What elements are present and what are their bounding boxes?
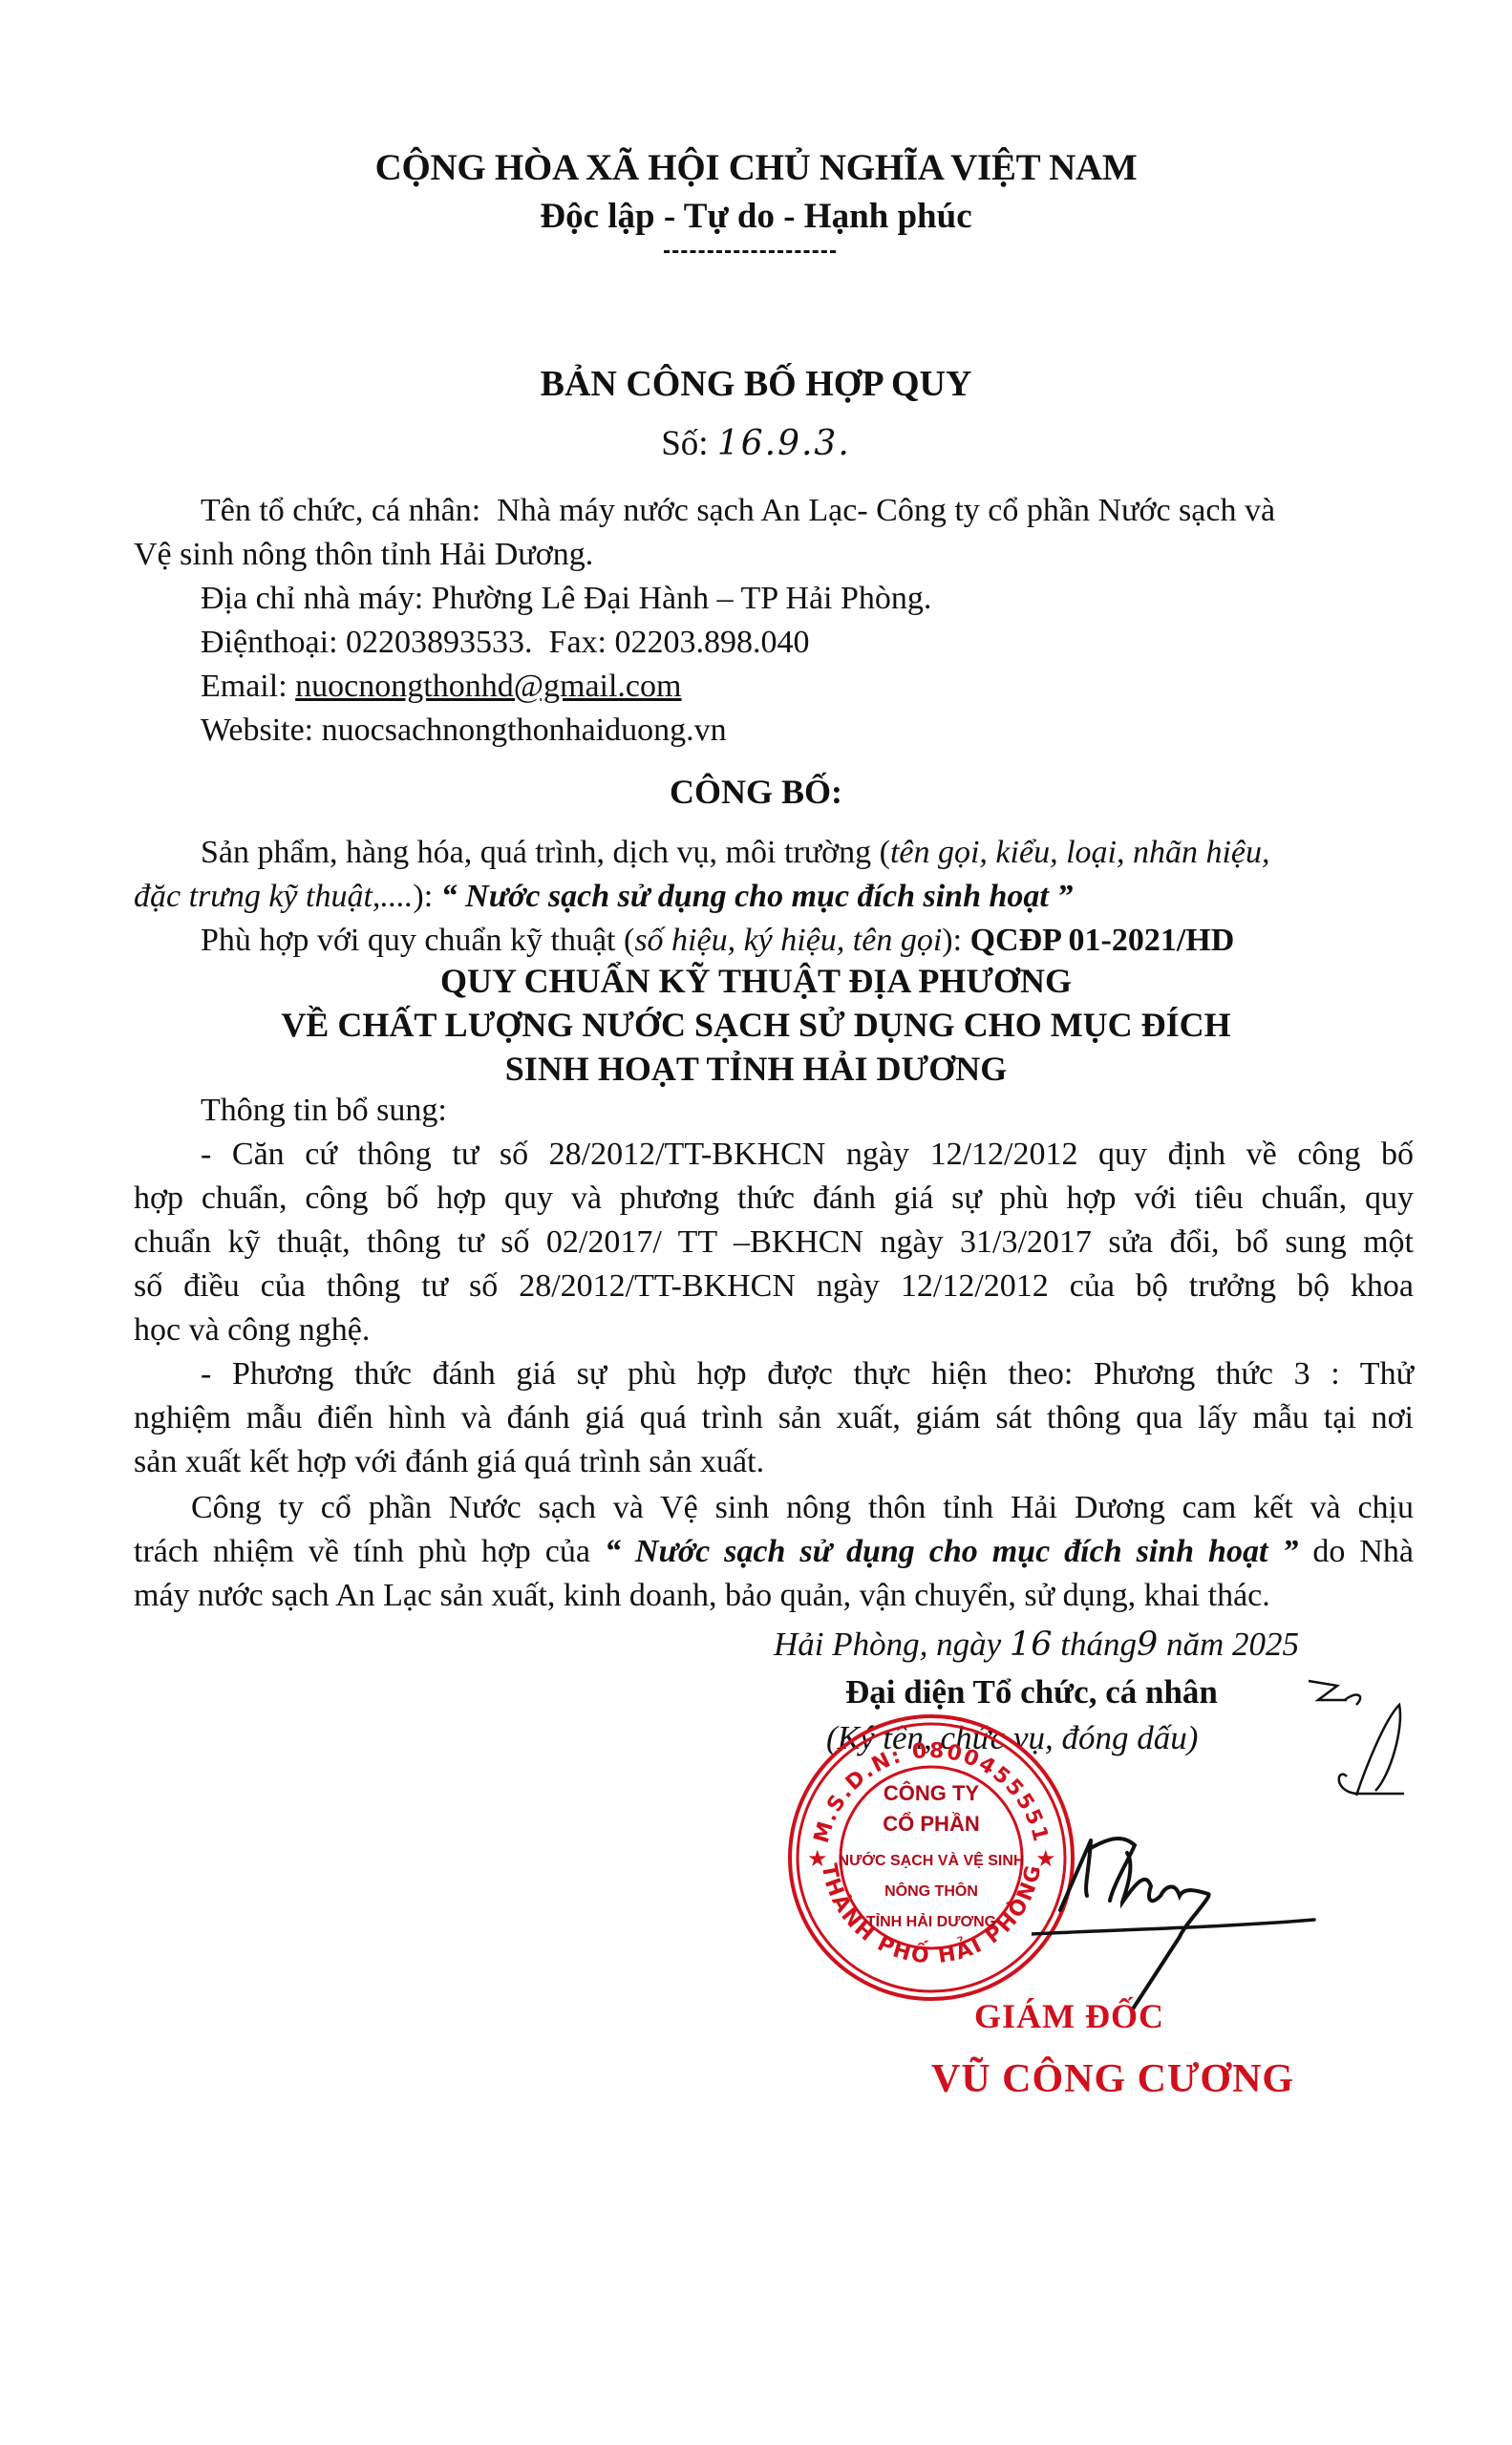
conform-close: ): [942, 923, 969, 958]
commitment-line-3: máy nước sạch An Lạc sản xuất, kinh doan… [134, 1574, 1414, 1618]
star-icon-left: ★ [807, 1847, 828, 1872]
number-label: Số: [661, 424, 708, 463]
standard-title: QUY CHUẨN KỸ THUẬT ĐỊA PHƯƠNG VỀ CHẤT LƯ… [0, 959, 1512, 1091]
month-label: tháng [1052, 1626, 1136, 1663]
supp-item2-line-1: - Phương thức đánh giá sự phù hợp được t… [181, 1352, 1414, 1396]
fax-value: 02203.898.040 [614, 625, 809, 660]
initials-mark [1299, 1671, 1414, 1805]
org-name-value: Nhà máy nước sạch An Lạc- Công ty cổ phầ… [497, 493, 1275, 528]
org-name-label: Tên tổ chức, cá nhân: [201, 493, 480, 528]
org-address: Địa chỉ nhà máy: Phường Lê Đại Hành – TP… [181, 577, 1414, 621]
commitment-line-2: trách nhiệm về tính phù hợp của “ Nước s… [134, 1530, 1414, 1574]
declaration-body: Sản phẩm, hàng hóa, quá trình, dịch vụ, … [181, 831, 1414, 963]
standard-code: QCĐP 01-2021/HD [970, 923, 1235, 958]
supp-item2-line-2: nghiệm mẫu điển hình và đánh giá quá trì… [134, 1396, 1414, 1440]
product-line-1: Sản phẩm, hàng hóa, quá trình, dịch vụ, … [181, 831, 1414, 875]
supplementary-info: Thông tin bổ sung: - Căn cứ thông tư số … [181, 1089, 1414, 1484]
address-label: Địa chỉ nhà máy: [201, 581, 423, 616]
supp-item1-line-4: số điều của thông tư số 28/2012/TT-BKHCN… [134, 1265, 1414, 1308]
svg-text:CỔ PHẦN: CỔ PHẦN [883, 1812, 979, 1836]
website-value: nuocsachnongthonhaiduong.vn [322, 712, 727, 748]
product-hint-cont: đặc trưng kỹ thuật,.... [134, 879, 413, 914]
conform-line: Phù hợp với quy chuẩn kỹ thuật (số hiệu,… [181, 919, 1414, 963]
declaration-heading: CÔNG BỐ: [0, 772, 1512, 812]
svg-text:NƯỚC SẠCH VÀ VỆ SINH: NƯỚC SẠCH VÀ VỆ SINH [839, 1851, 1025, 1869]
document-title: BẢN CÔNG BỐ HỢP QUY [0, 363, 1512, 405]
year-label: năm 2025 [1158, 1626, 1299, 1663]
product-intro: Sản phẩm, hàng hóa, quá trình, dịch vụ, … [201, 835, 890, 870]
supp-item1-line-2: hợp chuẩn, công bố hợp quy và phương thứ… [134, 1177, 1414, 1221]
commitment: Công ty cổ phần Nước sạch và Vệ sinh nôn… [181, 1486, 1414, 1618]
commitment-product: “ Nước sạch sử dụng cho mục đích sinh ho… [605, 1534, 1298, 1569]
email-label: Email: [201, 669, 287, 704]
address-value: Phường Lê Đại Hành – TP Hải Phòng. [432, 581, 932, 616]
org-phone-fax: Điệnthoại: 02203893533. Fax: 02203.898.0… [181, 621, 1414, 665]
header-divider [664, 250, 836, 253]
org-email: Email: nuocnongthonhd@gmail.com [181, 665, 1414, 709]
document-page: CỘNG HÒA XÃ HỘI CHỦ NGHĨA VIỆT NAM Độc l… [0, 0, 1512, 2445]
supp-item1-line-5: học và công nghệ. [134, 1308, 1414, 1352]
document-number: Số: 16.9.3. [0, 423, 1512, 464]
phone-value: 02203893533. [346, 625, 533, 660]
standard-title-line-2: VỀ CHẤT LƯỢNG NƯỚC SẠCH SỬ DỤNG CHO MỤC … [0, 1003, 1512, 1047]
handwritten-signature [1032, 1796, 1414, 2015]
commitment-line-1: Công ty cổ phần Nước sạch và Vệ sinh nôn… [181, 1486, 1414, 1530]
number-value: 16.9.3. [717, 424, 851, 463]
place-label: Hải Phòng, ngày [774, 1626, 1010, 1663]
svg-text:CÔNG TY: CÔNG TY [884, 1781, 980, 1805]
standard-title-line-3: SINH HOẠT TỈNH HẢI DƯƠNG [0, 1047, 1512, 1091]
conform-intro: Phù hợp với quy chuẩn kỹ thuật ( [201, 923, 634, 958]
supp-item2-line-3: sản xuất kết hợp với đánh giá quá trình … [134, 1440, 1414, 1484]
org-website: Website: nuocsachnongthonhaiduong.vn [181, 709, 1414, 753]
supplementary-heading: Thông tin bổ sung: [181, 1089, 1414, 1133]
org-name-line-1: Tên tổ chức, cá nhân: Nhà máy nước sạch … [181, 489, 1414, 533]
commitment-post: do Nhà [1298, 1534, 1414, 1569]
product-line-2: đặc trưng kỹ thuật,....): “ Nước sạch sử… [134, 875, 1414, 919]
organization-info: Tên tổ chức, cá nhân: Nhà máy nước sạch … [181, 489, 1414, 753]
date-day: 16 [1010, 1626, 1053, 1664]
national-motto: Độc lập - Tự do - Hạnh phúc [0, 196, 1512, 237]
org-name-line-2: Vệ sinh nông thôn tỉnh Hải Dương. [134, 533, 1414, 577]
svg-text:NÔNG THÔN: NÔNG THÔN [884, 1882, 978, 1900]
fax-label: Fax: [549, 625, 607, 660]
phone-label: Điệnthoại: [201, 625, 338, 660]
product-hint: tên gọi, kiểu, loại, nhãn hiệu, [890, 835, 1270, 870]
national-title: CỘNG HÒA XÃ HỘI CHỦ NGHĨA VIỆT NAM [0, 146, 1512, 189]
supp-item1-line-1: - Căn cứ thông tư số 28/2012/TT-BKHCN ng… [181, 1133, 1414, 1177]
signer-position: GIÁM ĐỐC [974, 1996, 1164, 2036]
standard-title-line-1: QUY CHUẨN KỸ THUẬT ĐỊA PHƯƠNG [0, 959, 1512, 1003]
date-month: 9 [1137, 1626, 1158, 1664]
commitment-pre: trách nhiệm về tính phù hợp của [134, 1534, 605, 1569]
email-link[interactable]: nuocnongthonhd@gmail.com [295, 669, 681, 704]
svg-text:TỈNH HẢI DƯƠNG: TỈNH HẢI DƯƠNG [866, 1912, 996, 1930]
supp-item1-line-3: chuẩn kỹ thuật, thông tư số 02/2017/ TT … [134, 1221, 1414, 1265]
product-close: ): [413, 879, 440, 914]
product-name: “ Nước sạch sử dụng cho mục đích sinh ho… [441, 879, 1074, 914]
conform-hint: số hiệu, ký hiệu, tên gọi [634, 923, 942, 958]
website-label: Website: [201, 712, 313, 748]
signer-name: VŨ CÔNG CƯƠNG [931, 2056, 1294, 2102]
place-date: Hải Phòng, ngày 16 tháng9 năm 2025 [774, 1626, 1461, 1664]
